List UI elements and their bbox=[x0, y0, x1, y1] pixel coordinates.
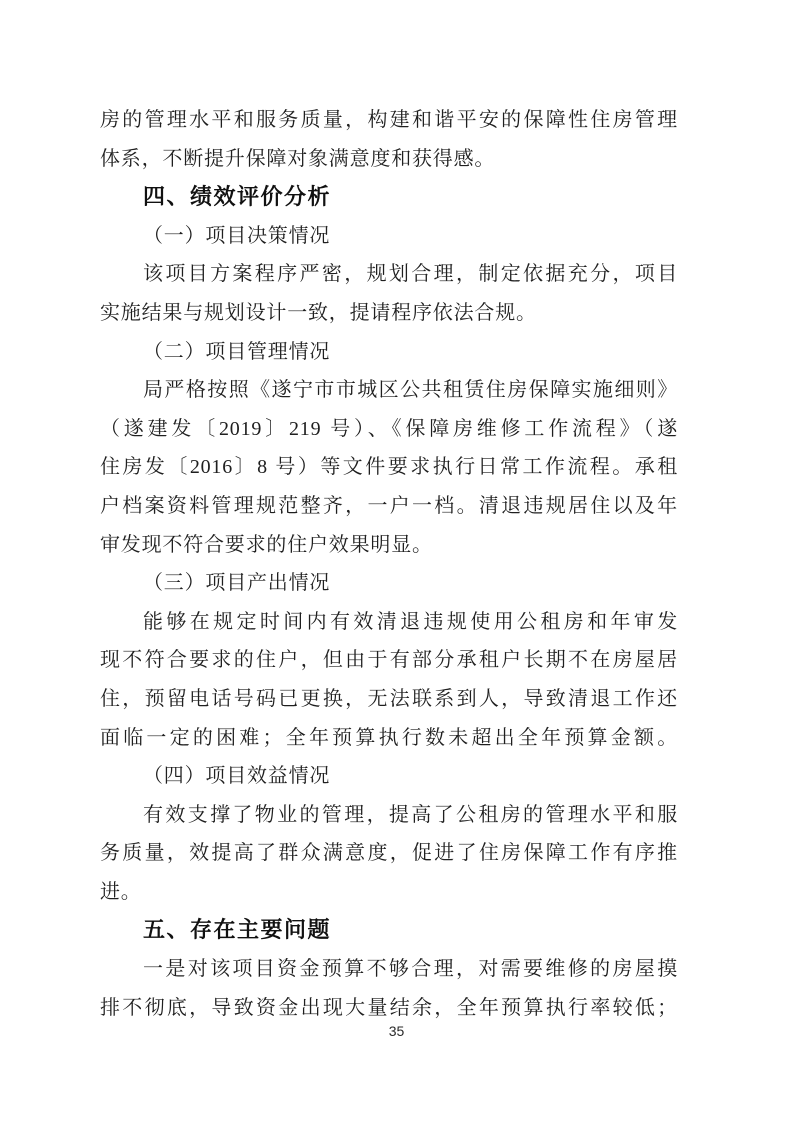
section-heading: 四、绩效评价分析 bbox=[100, 178, 678, 217]
text-line: （二）项目管理情况 bbox=[100, 333, 678, 372]
text-line: 面临一定的困难；全年预算执行数未超出全年预算金额。 bbox=[100, 719, 678, 758]
text-line: 住，预留电话号码已更换，无法联系到人，导致清退工作还 bbox=[100, 680, 678, 719]
text-line: 体系，不断提升保障对象满意度和获得感。 bbox=[100, 140, 678, 179]
text-line: 有效支撑了物业的管理，提高了公租房的管理水平和服 bbox=[100, 796, 678, 835]
text-line: （三）项目产出情况 bbox=[100, 564, 678, 603]
text-line: 该项目方案程序严密，规划合理，制定依据充分，项目 bbox=[100, 255, 678, 294]
section-heading: 五、存在主要问题 bbox=[100, 911, 678, 950]
document-body: 房的管理水平和服务质量，构建和谐平安的保障性住房管理体系，不断提升保障对象满意度… bbox=[100, 101, 678, 1027]
text-line: 进。 bbox=[100, 873, 678, 912]
text-line: 户档案资料管理规范整齐，一户一档。清退违规居住以及年 bbox=[100, 487, 678, 526]
text-line: 一是对该项目资金预算不够合理，对需要维修的房屋摸 bbox=[100, 950, 678, 989]
document-page: 房的管理水平和服务质量，构建和谐平安的保障性住房管理体系，不断提升保障对象满意度… bbox=[0, 0, 793, 1122]
page-number: 35 bbox=[0, 1023, 793, 1039]
text-line: 务质量，效提高了群众满意度，促进了住房保障工作有序推 bbox=[100, 834, 678, 873]
text-line: （遂建发〔2019〕219 号）、《保障房维修工作流程》（遂 bbox=[100, 410, 678, 449]
text-line: 能够在规定时间内有效清退违规使用公租房和年审发 bbox=[100, 603, 678, 642]
text-line: 审发现不符合要求的住户效果明显。 bbox=[100, 526, 678, 565]
text-line: 实施结果与规划设计一致，提请程序依法合规。 bbox=[100, 294, 678, 333]
text-line: （四）项目效益情况 bbox=[100, 757, 678, 796]
text-line: 局严格按照《遂宁市市城区公共租赁住房保障实施细则》 bbox=[100, 371, 678, 410]
text-line: 住房发〔2016〕8 号）等文件要求执行日常工作流程。承租 bbox=[100, 448, 678, 487]
text-line: 房的管理水平和服务质量，构建和谐平安的保障性住房管理 bbox=[100, 101, 678, 140]
text-line: （一）项目决策情况 bbox=[100, 217, 678, 256]
text-line: 现不符合要求的住户，但由于有部分承租户长期不在房屋居 bbox=[100, 641, 678, 680]
text-line: 排不彻底，导致资金出现大量结余，全年预算执行率较低； bbox=[100, 989, 678, 1028]
